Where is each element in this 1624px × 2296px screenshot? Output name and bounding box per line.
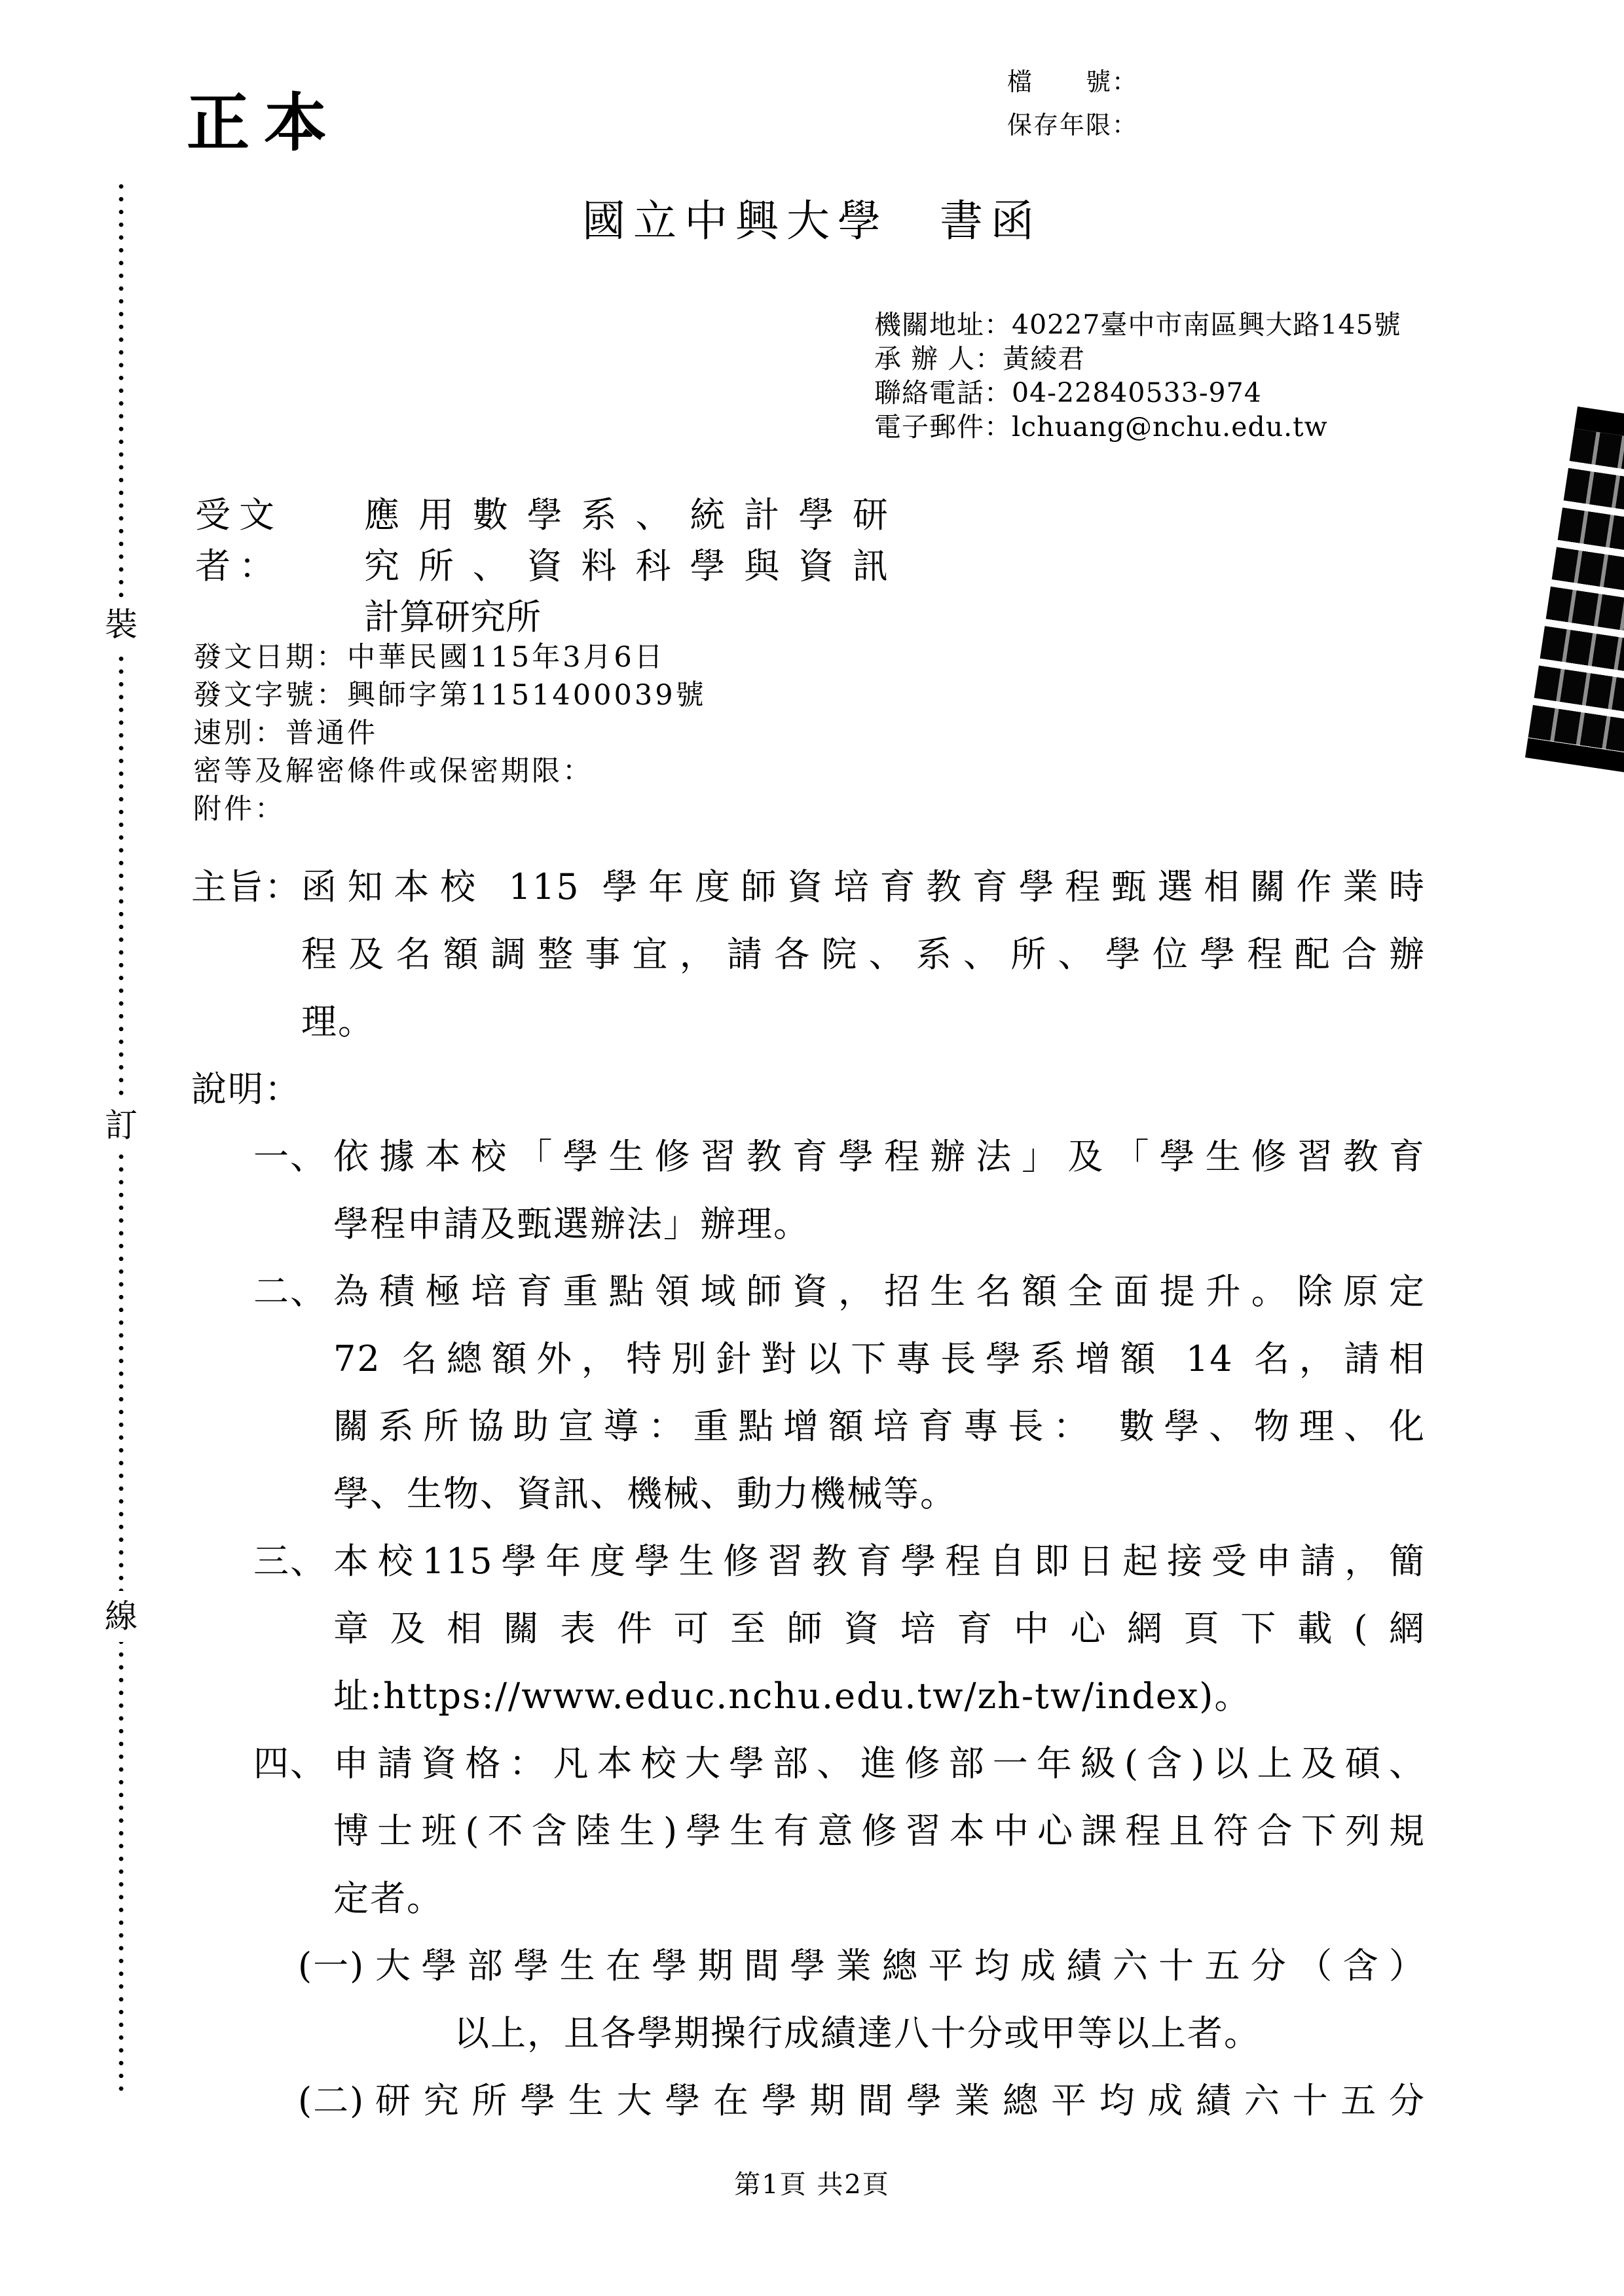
- retention-period-label: 保存年限：: [1007, 103, 1138, 147]
- item-line: 72 名總額外，特別針對以下專長學系增額 14 名，請相: [333, 1325, 1426, 1393]
- item-content: 本校115學年度學生修習教育學程自即日起接受申請，簡 章及相關表件可至師資培育中…: [333, 1527, 1426, 1730]
- item-line: 本校115學年度學生修習教育學程自即日起接受申請，簡: [333, 1527, 1426, 1595]
- confidentiality-line: 密等及解密條件或保密期限：: [193, 752, 707, 790]
- item-number: 二、: [253, 1258, 333, 1527]
- subitem-content: 大學部學生在學期間學業總平均成績六十五分（含） 以上，且各學期操行成績達八十分或…: [375, 1932, 1426, 2067]
- recipient-block: 受文者： 應用數學系、統計學研 究所、資料科學與資訊 計算研究所: [195, 490, 888, 643]
- item-content: 申請資格：凡本校大學部、進修部一年級(含)以上及碩、 博士班(不含陸生)學生有意…: [333, 1730, 1426, 1932]
- subitem-line: 研究所學生大學在學期間學業總平均成績六十五分: [375, 2067, 1426, 2134]
- contact-email-line: 電子郵件：lchuang@nchu.edu.tw: [874, 410, 1401, 444]
- item-line: 學程申請及甄選辦法」辦理。: [333, 1190, 1426, 1258]
- item-number: 一、: [253, 1123, 333, 1258]
- speed-class-line: 速別：普通件: [193, 714, 707, 752]
- subitem-number: (二): [298, 2067, 375, 2134]
- file-number-label: 檔 號：: [1007, 60, 1138, 103]
- page-footer: 第1頁 共2頁: [0, 2164, 1624, 2201]
- explanation-item-3: 三、 本校115學年度學生修習教育學程自即日起接受申請，簡 章及相關表件可至師資…: [191, 1527, 1426, 1730]
- item-line: 章及相關表件可至師資培育中心網頁下載(網: [333, 1595, 1426, 1662]
- document-meta-block: 發文日期：中華民國115年3月6日 發文字號：興師字第1151400039號 速…: [193, 638, 707, 828]
- item-line: 為積極培育重點領域師資，招生名額全面提升。除原定: [333, 1258, 1426, 1325]
- contact-person-line: 承 辦 人：黃綾君: [874, 342, 1401, 376]
- subject-content: 函知本校 115 學年度師資培育教育學程甄選相關作業時 程及名額調整事宜，請各院…: [301, 853, 1426, 1055]
- recipient-names: 應用數學系、統計學研 究所、資料科學與資訊 計算研究所: [364, 490, 888, 643]
- item-line: 關系所協助宣導：重點增額培育專長： 數學、物理、化: [333, 1393, 1426, 1460]
- subitem-number: (一): [298, 1932, 375, 2067]
- explanation-item-2: 二、 為積極培育重點領域師資，招生名額全面提升。除原定 72 名總額外，特別針對…: [191, 1258, 1426, 1527]
- recipient-line: 究所、資料科學與資訊: [364, 541, 888, 592]
- official-document-page: 裝 訂 線 檔 號： 保存年限： 正本 國立中興大學 書函 機關地址：40227…: [0, 0, 1624, 2296]
- contact-phone-line: 聯絡電話：04-22840533-974: [874, 376, 1401, 410]
- subject-paragraph: 主旨： 函知本校 115 學年度師資培育教育學程甄選相關作業時 程及名額調整事宜…: [191, 853, 1426, 1055]
- subject-label: 主旨：: [191, 853, 301, 1055]
- copy-type-label: 正本: [187, 73, 341, 163]
- binding-char-ding: 訂: [100, 1100, 143, 1151]
- document-title: 國立中興大學 書函: [0, 186, 1624, 248]
- item-line: 定者。: [333, 1865, 1426, 1932]
- document-body: 主旨： 函知本校 115 學年度師資培育教育學程甄選相關作業時 程及名額調整事宜…: [191, 853, 1426, 2134]
- subject-line: 函知本校 115 學年度師資培育教育學程甄選相關作業時: [301, 853, 1426, 920]
- item-number: 三、: [253, 1527, 333, 1730]
- item-line: 址:https://www.educ.nchu.edu.tw/zh-tw/ind…: [333, 1662, 1426, 1730]
- issue-number-line: 發文字號：興師字第1151400039號: [193, 676, 707, 714]
- item-line: 博士班(不含陸生)學生有意修習本中心課程且符合下列規: [333, 1797, 1426, 1865]
- item-line: 申請資格：凡本校大學部、進修部一年級(含)以上及碩、: [333, 1730, 1426, 1797]
- file-info-block: 檔 號： 保存年限：: [1007, 60, 1138, 147]
- issue-date-line: 發文日期：中華民國115年3月6日: [193, 638, 707, 676]
- subitem-line: 以上，且各學期操行成績達八十分或甲等以上者。: [375, 1999, 1426, 2067]
- agency-address-line: 機關地址：40227臺中市南區興大路145號: [874, 308, 1401, 342]
- subject-line: 程及名額調整事宜，請各院、系、所、學位學程配合辦: [301, 920, 1426, 988]
- attachment-line: 附件：: [193, 790, 707, 828]
- explanation-item-4: 四、 申請資格：凡本校大學部、進修部一年級(含)以上及碩、 博士班(不含陸生)學…: [191, 1730, 1426, 1932]
- item-line: 學、生物、資訊、機械、動力機械等。: [333, 1460, 1426, 1527]
- recipient-line: 計算研究所: [364, 592, 888, 643]
- explanation-item-1: 一、 依據本校「學生修習教育學程辦法」及「學生修習教育 學程申請及甄選辦法」辦理…: [191, 1123, 1426, 1258]
- explanation-label: 說明：: [191, 1055, 1426, 1123]
- sub-item-1: (一) 大學部學生在學期間學業總平均成績六十五分（含） 以上，且各學期操行成績達…: [191, 1932, 1426, 2067]
- recipient-line: 應用數學系、統計學研: [364, 490, 888, 541]
- item-content: 依據本校「學生修習教育學程辦法」及「學生修習教育 學程申請及甄選辦法」辦理。: [333, 1123, 1426, 1258]
- item-content: 為積極培育重點領域師資，招生名額全面提升。除原定 72 名總額外，特別針對以下專…: [333, 1258, 1426, 1527]
- subject-line: 理。: [301, 988, 1426, 1055]
- binding-char-xian: 線: [100, 1591, 143, 1642]
- sub-item-2: (二) 研究所學生大學在學期間學業總平均成績六十五分: [191, 2067, 1426, 2134]
- subitem-content: 研究所學生大學在學期間學業總平均成績六十五分: [375, 2067, 1426, 2134]
- recipient-label: 受文者：: [195, 490, 364, 643]
- item-number: 四、: [253, 1730, 333, 1932]
- item-line: 依據本校「學生修習教育學程辦法」及「學生修習教育: [333, 1123, 1426, 1190]
- subitem-line: 大學部學生在學期間學業總平均成績六十五分（含）: [375, 1932, 1426, 1999]
- official-seal-stamp: [1525, 407, 1624, 776]
- binding-char-zhuang: 裝: [100, 599, 143, 650]
- contact-block: 機關地址：40227臺中市南區興大路145號 承 辦 人：黃綾君 聯絡電話：04…: [874, 308, 1401, 444]
